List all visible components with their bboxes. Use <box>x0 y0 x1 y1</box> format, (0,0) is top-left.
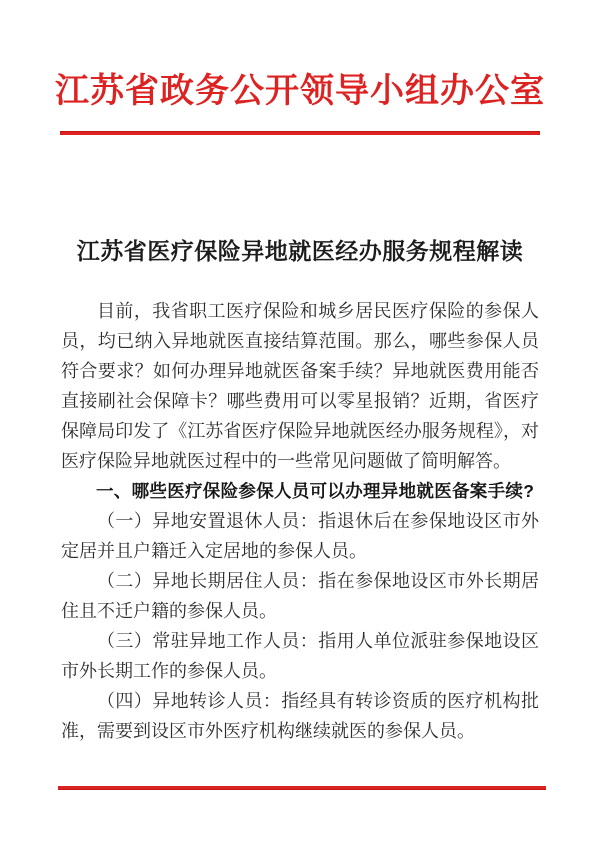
body-paragraph: （三）常驻异地工作人员：指用人单位派驻参保地设区市外长期工作的参保人员。 <box>61 626 539 686</box>
section-heading: 一、哪些医疗保险参保人员可以办理异地就医备案手续? <box>61 476 539 506</box>
letterhead-rule <box>60 131 540 135</box>
document-title: 江苏省医疗保险异地就医经办服务规程解读 <box>0 234 600 270</box>
body-paragraph: （四）异地转诊人员：指经具有转诊资质的医疗机构批准，需要到设区市外医疗机构继续就… <box>61 686 539 746</box>
footer-rule <box>58 786 546 790</box>
body-paragraph: 目前，我省职工医疗保险和城乡居民医疗保险的参保人员，均已纳入异地就医直接结算范围… <box>61 296 539 476</box>
body-paragraph: （一）异地安置退休人员：指退休后在参保地设区市外定居并且户籍迁入定居地的参保人员… <box>61 506 539 566</box>
body-paragraph: （二）异地长期居住人员：指在参保地设区市外长期居住且不迁户籍的参保人员。 <box>61 566 539 626</box>
document-body: 目前，我省职工医疗保险和城乡居民医疗保险的参保人员，均已纳入异地就医直接结算范围… <box>61 296 539 746</box>
document-page: 江苏省政务公开领导小组办公室 江苏省医疗保险异地就医经办服务规程解读 目前，我省… <box>0 0 600 848</box>
letterhead-org-name: 江苏省政务公开领导小组办公室 <box>0 64 600 120</box>
